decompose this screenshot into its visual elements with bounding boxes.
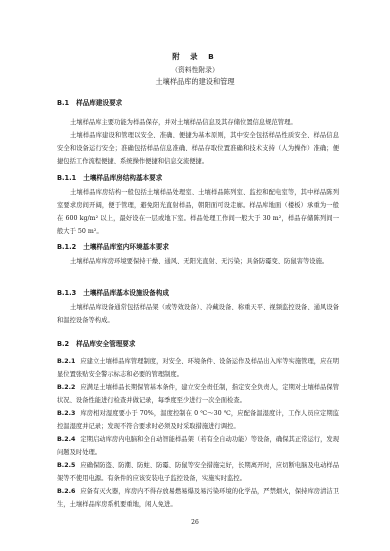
clause-number: B.2.3 (57, 410, 75, 417)
paragraph: 土壤样品库设备通常包括样品架（或等效设备）、冷藏设备、称重天平、视频监控设备、通… (57, 301, 339, 327)
clause-text: 应建立土壤样品库管理制度，对安全、环境条件、设备运作及样品出入库等实施管理，应在… (57, 358, 339, 378)
section-heading-b1: B.1样品库建设要求 (57, 97, 122, 107)
section-heading-b1-1: B.1.1土壤样品库房结构基本要求 (57, 172, 162, 182)
document-page: 附 录 B （资料性附录） 土壤样品库的建设和管理 B.1样品库建设要求 土壤样… (0, 0, 390, 551)
section-heading-b1-2: B.1.2土壤样品库室内环境基本要求 (57, 241, 169, 251)
paragraph: 土壤样品库主要功能为样品保存，并对土壤样品信息及其存储位置信息规范管理。 (57, 116, 339, 129)
clause-text: 应备有灭火器，库房内不得存放易燃易爆及易污染环境的化学品，严禁烟火，保持库房清洁… (57, 488, 339, 508)
clause-b2-1: B.2.1应建立土壤样品库管理制度，对安全、环境条件、设备运作及样品出入库等实施… (57, 355, 339, 381)
section-heading-b1-3: B.1.3土壤样品库基本设施设备构成 (57, 287, 169, 297)
section-title: 土壤样品库房结构基本要求 (83, 174, 162, 182)
clause-b2-2: B.2.2应满足土壤样品长期保管基本条件，建立安全责任制，指定安全负责人，定期对… (57, 381, 339, 407)
paragraph: 土壤样品库建设和管理以安全、准确、便捷为基本原则，其中安全包括样品性质安全、样品… (57, 129, 339, 168)
paragraph: 土壤样品库库房环境要保持干燥、通风、无阳光直射、无污染；具备防霉变、防鼠害等设施… (57, 255, 339, 268)
section-number: B.1 (57, 99, 69, 107)
appendix-type: （资料性附录） (0, 64, 390, 74)
clause-b2-5: B.2.5应确保防盗、防潮、防蛀、防霉、防鼠等安全措施完好，长期离开时，应切断电… (57, 459, 339, 485)
appendix-label: 附 录 B (0, 51, 390, 62)
page-number: 26 (0, 519, 390, 526)
clause-number: B.2.1 (57, 358, 75, 365)
clause-text: 应确保防盗、防潮、防蛀、防霉、防鼠等安全措施完好，长期离开时，应切断电脑及电动样… (57, 462, 339, 482)
appendix-title: 土壤样品库的建设和管理 (0, 77, 390, 87)
clause-text: 库房相对湿度要小于 70%，温度控制在 0 ℃～30 ℃，应配备温湿度计，工作人… (57, 410, 339, 430)
section-title: 土壤样品库室内环境基本要求 (83, 243, 169, 251)
clause-b2-6: B.2.6应备有灭火器，库房内不得存放易燃易爆及易污染环境的化学品，严禁烟火，保… (57, 485, 339, 511)
clause-number: B.2.6 (57, 488, 75, 495)
clause-text: 应满足土壤样品长期保管基本条件，建立安全责任制，指定安全负责人，定期对土壤样品保… (57, 384, 339, 404)
section-number: B.1.1 (57, 174, 76, 182)
section-heading-b2: B.2样品库安全管理要求 (57, 338, 135, 348)
paragraph: 土壤样品库房结构一般包括土壤样品处理室、土壤样品陈列室、监控和配电室等，其中样品… (57, 186, 339, 238)
section-title: 土壤样品库基本设施设备构成 (83, 289, 169, 297)
section-number: B.1.2 (57, 243, 76, 251)
clause-number: B.2.2 (57, 384, 75, 391)
section-title: 样品库安全管理要求 (76, 340, 135, 348)
clause-b2-3: B.2.3库房相对湿度要小于 70%，温度控制在 0 ℃～30 ℃，应配备温湿度… (57, 407, 339, 433)
clause-number: B.2.5 (57, 462, 75, 469)
section-number: B.1.3 (57, 289, 76, 297)
section-title: 样品库建设要求 (76, 99, 122, 107)
clause-number: B.2.4 (57, 436, 75, 443)
clause-b2-4: B.2.4定期启动库房内电脑和全自动智能样品架（若有全自动功能）等设备，确保其正… (57, 433, 339, 459)
section-number: B.2 (57, 340, 69, 348)
clause-text: 定期启动库房内电脑和全自动智能样品架（若有全自动功能）等设备，确保其正常运行，发… (57, 436, 339, 456)
